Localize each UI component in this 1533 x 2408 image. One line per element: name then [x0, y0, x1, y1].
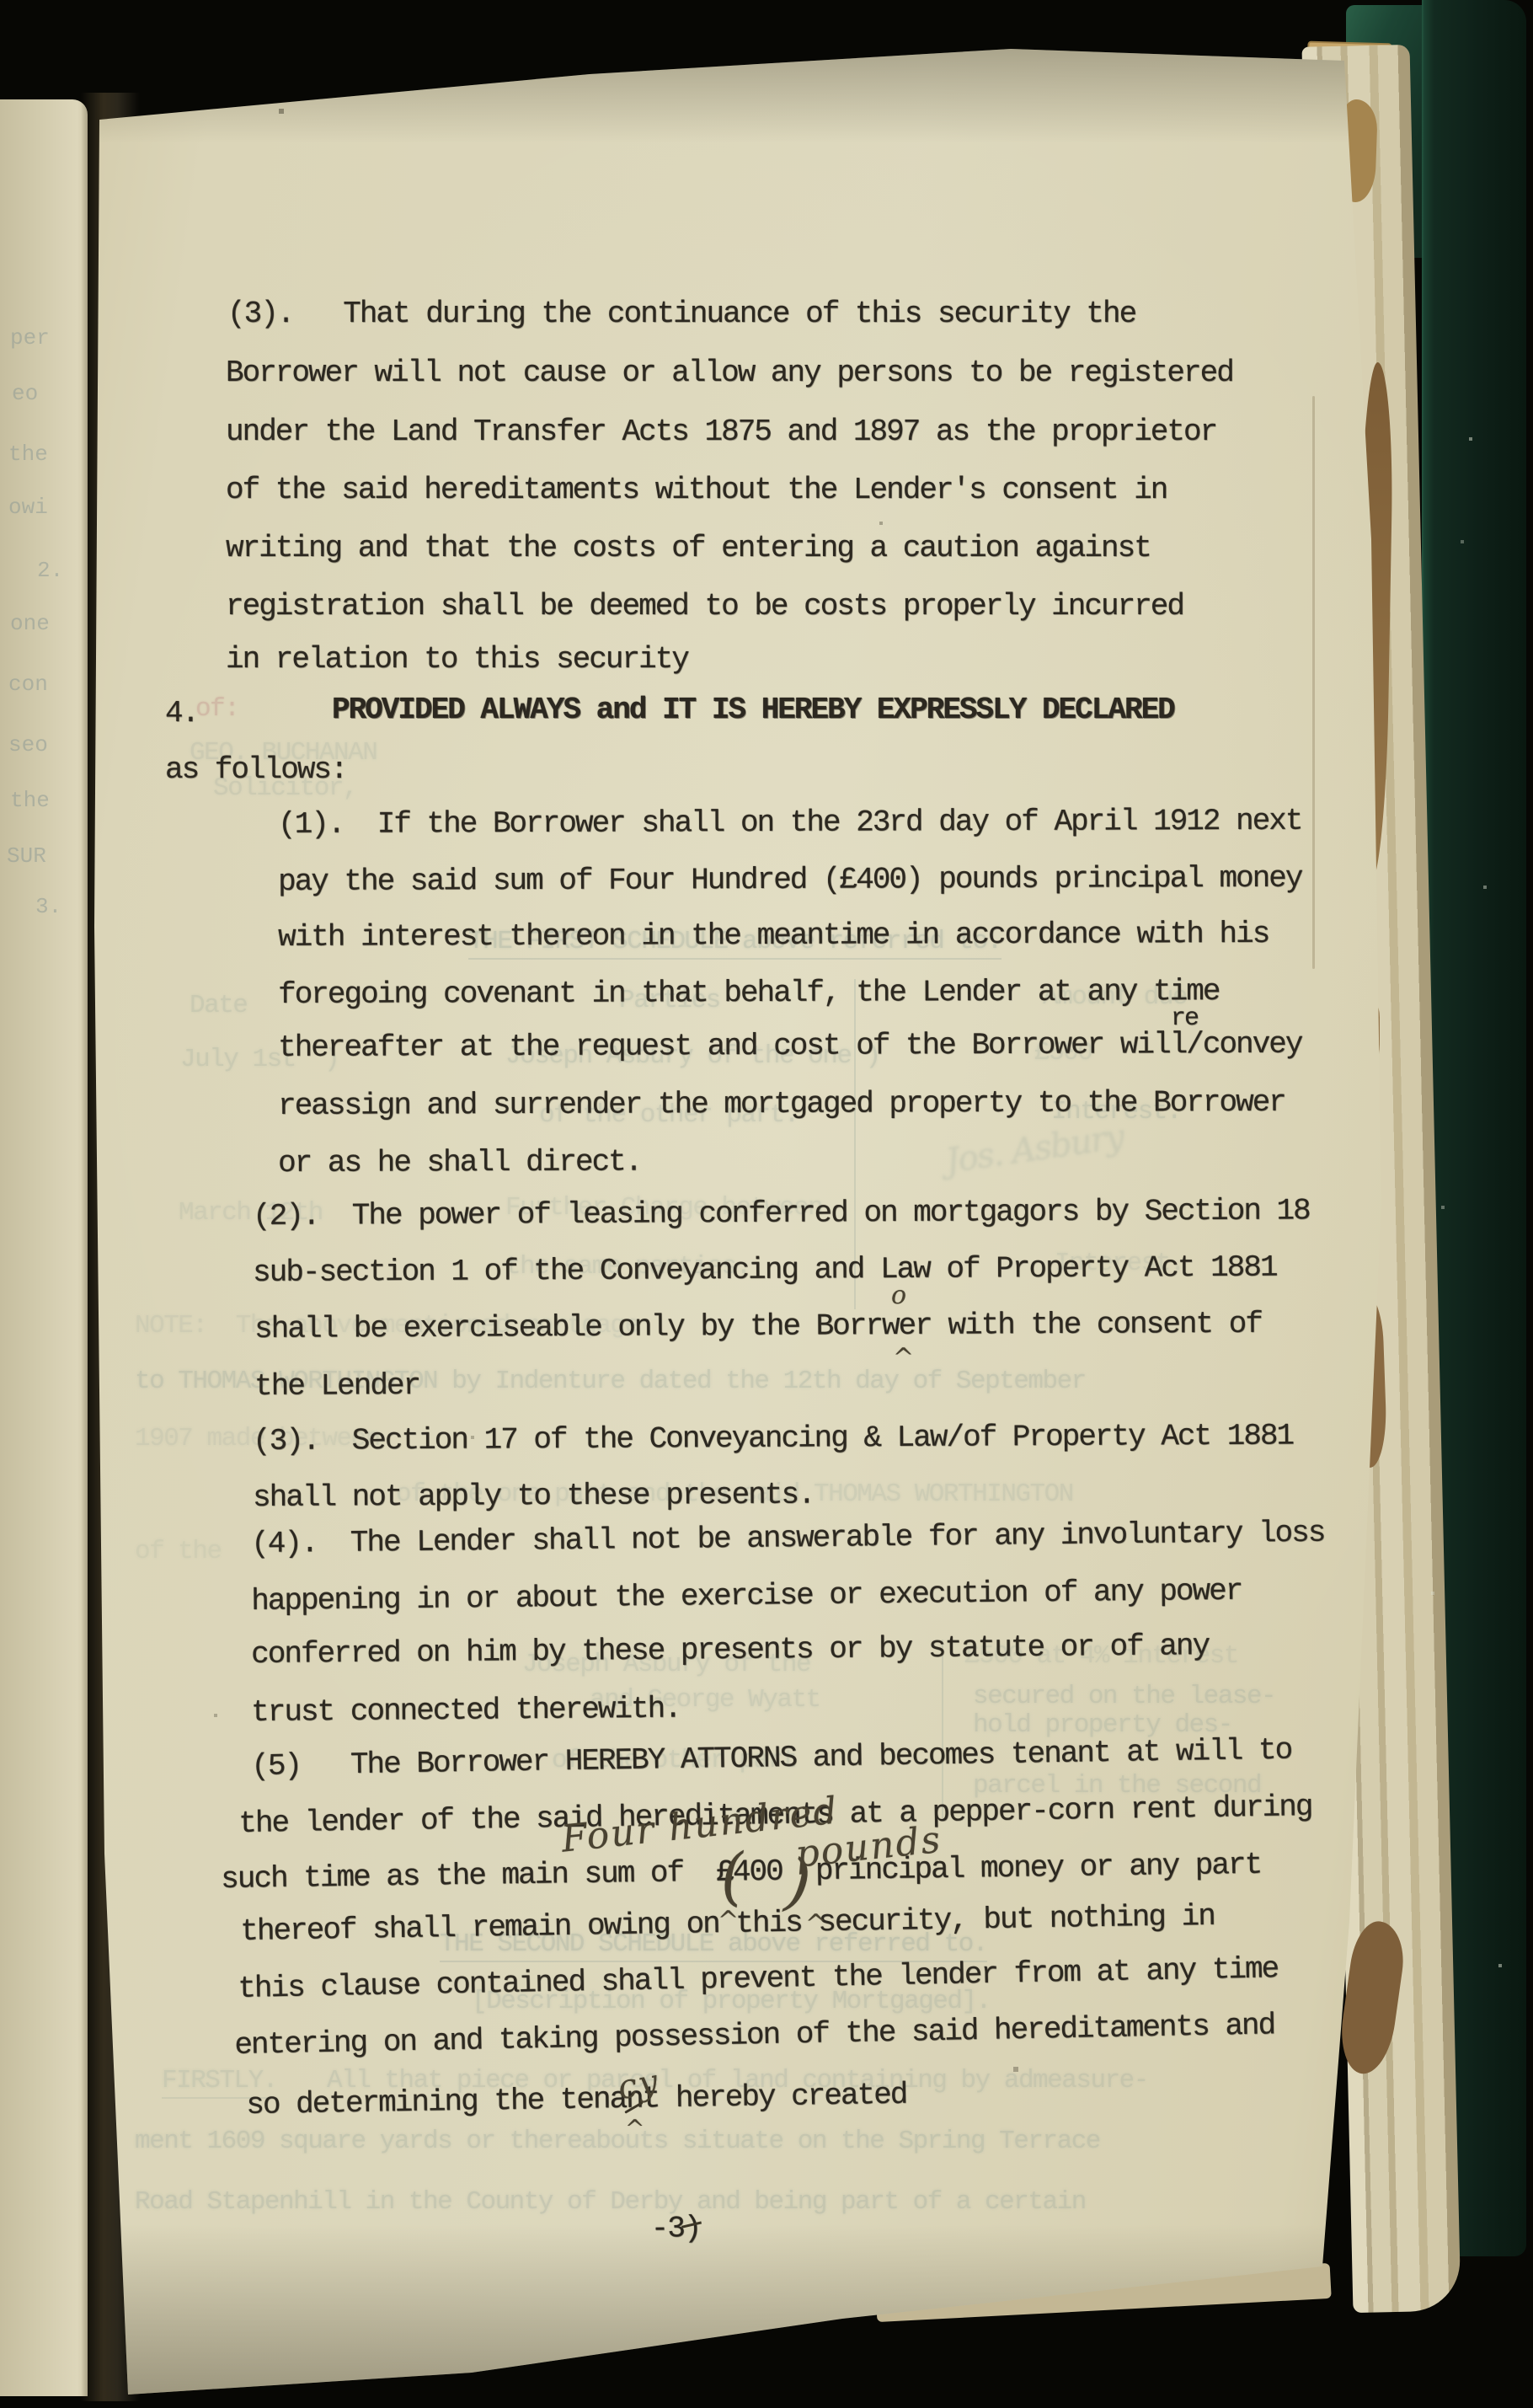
left-edge-fragment: 3. — [35, 894, 61, 919]
page-number-struck-paren: ) — [684, 2211, 701, 2245]
left-edge-fragment: the — [10, 788, 50, 813]
left-edge-fragment: per — [10, 325, 50, 350]
left-edge-fragment: SUR — [7, 843, 46, 869]
document-page: of:GEO. BUCHANANSolicitor,THE FIRST SCHE… — [0, 0, 1533, 2408]
left-edge-fragment: con — [8, 672, 48, 697]
left-edge-fragment: eo — [12, 381, 38, 406]
left-edge-fragments: pereotheowi2.oneconseotheSUR3. — [0, 99, 88, 2396]
left-edge-fragment: one — [10, 611, 50, 636]
dust-specks — [0, 0, 2, 2]
marks-layer — [0, 0, 1533, 2408]
left-edge-fragment: the — [8, 441, 48, 467]
correction-strike — [624, 2101, 643, 2114]
left-edge-fragment: 2. — [37, 558, 63, 583]
page-number: -3) — [551, 2176, 702, 2282]
left-edge-fragment: owi — [8, 495, 48, 520]
left-edge-fragment: seo — [8, 732, 48, 757]
previous-page-edge: pereotheowi2.oneconseotheSUR3. — [0, 99, 88, 2396]
book-scan-scene: pereotheowi2.oneconseotheSUR3. of:GEO. B… — [0, 0, 1533, 2408]
page-number-dash: -3 — [650, 2211, 684, 2246]
